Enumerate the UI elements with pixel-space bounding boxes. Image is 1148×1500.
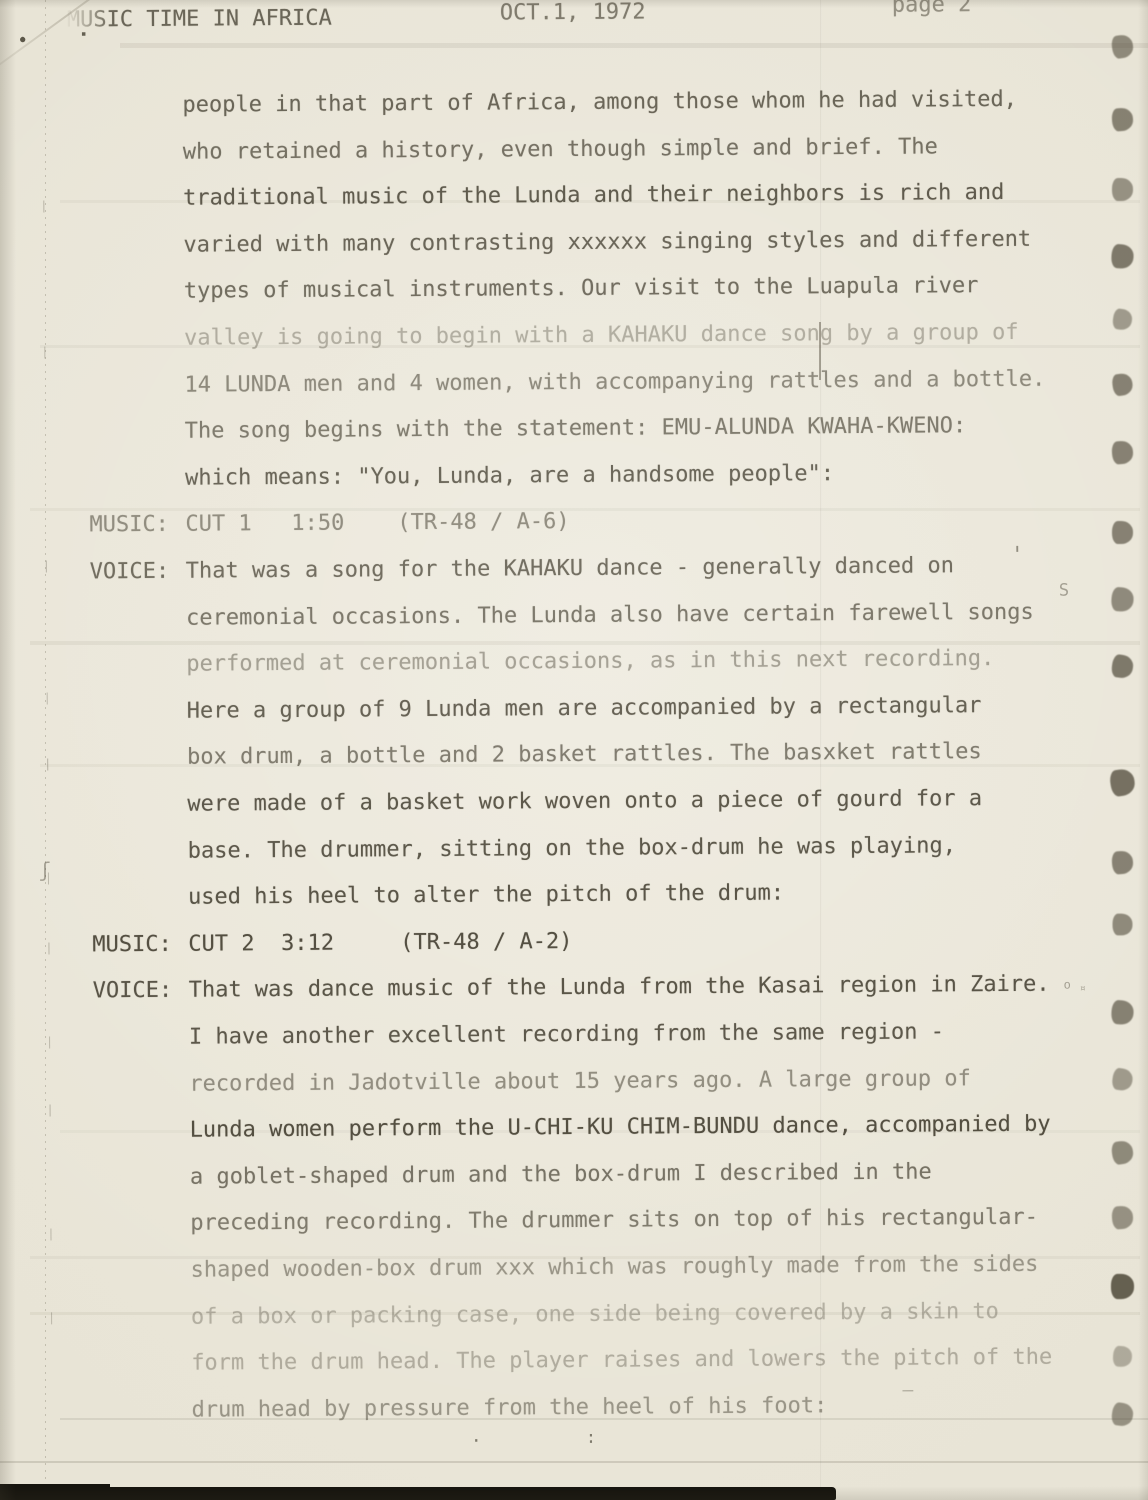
stray-mark: | xyxy=(48,1312,55,1324)
stray-mark: — xyxy=(902,1382,913,1400)
cue-line: VOICE:That was dance music of the Lunda … xyxy=(93,972,1050,1005)
script-line: ceremonial occasions. The Lunda also hav… xyxy=(90,599,1034,632)
script-line: varied with many contrasting xxxxxx sing… xyxy=(87,227,1031,260)
stray-mark: o xyxy=(1064,979,1071,991)
stray-mark: | xyxy=(47,1228,54,1240)
line-text: CUT 1 1:50 (TR-48 / A-6) xyxy=(185,509,569,537)
script-line: of a box or packing case, one side being… xyxy=(95,1299,999,1331)
line-text: That was a song for the KAHAKU dance - g… xyxy=(186,553,954,583)
line-text: types of musical instruments. Our visit … xyxy=(184,274,979,305)
bottom-scan-edge xyxy=(0,1487,836,1500)
cue-label: MUSIC: xyxy=(92,931,188,958)
script-line: 14 LUNDA men and 4 women, with accompany… xyxy=(88,366,1045,399)
line-text: form the drum head. The player raises an… xyxy=(191,1345,1052,1376)
script-line: The song begins with the statement: EMU-… xyxy=(89,413,967,445)
line-text: people in that part of Africa, among tho… xyxy=(182,87,1017,118)
cue-line: VOICE:That was a song for the KAHAKU dan… xyxy=(90,553,954,585)
cue-label xyxy=(88,391,184,392)
doc-date: OCT.1, 1972 xyxy=(500,0,646,25)
script-line: which means: "You, Lunda, are a handsome… xyxy=(89,461,834,492)
line-text: valley is going to begin with a KAHAKU d… xyxy=(184,320,1019,351)
cue-label xyxy=(94,1230,190,1231)
stray-mark: | xyxy=(40,200,47,212)
ink-smudge xyxy=(1112,178,1133,201)
stray-mark: | xyxy=(44,758,51,770)
line-text: ceremonial occasions. The Lunda also hav… xyxy=(186,599,1034,630)
cue-label xyxy=(93,1090,189,1091)
script-line: Lunda women perform the U-CHI-KU CHIM-BU… xyxy=(94,1112,1051,1145)
script-line: used his heel to alter the pitch of the … xyxy=(92,881,784,912)
stray-mark: ● xyxy=(20,36,25,45)
cue-label xyxy=(87,205,183,206)
script-line: shaped wooden-box drum xxx which was rou… xyxy=(95,1252,1039,1285)
line-text: 14 LUNDA men and 4 women, with accompany… xyxy=(184,366,1045,397)
ink-smudge xyxy=(1113,914,1133,936)
script-line: box drum, a bottle and 2 basket rattles.… xyxy=(91,740,982,772)
script-line: Here a group of 9 Lunda men are accompan… xyxy=(91,693,982,725)
line-text: preceding recording. The drummer sits on… xyxy=(190,1205,1038,1236)
line-text: used his heel to alter the pitch of the … xyxy=(188,881,784,910)
stray-mark: | xyxy=(41,346,48,358)
stray-mark: ▪ xyxy=(81,30,86,39)
cue-label xyxy=(93,1044,189,1045)
cue-label xyxy=(92,904,188,905)
script-line: valley is going to begin with a KAHAKU d… xyxy=(88,320,1019,352)
cue-label: MUSIC: xyxy=(89,512,185,539)
script-line: types of musical instruments. Our visit … xyxy=(88,274,979,306)
script-line: were made of a basket work woven onto a … xyxy=(91,786,982,818)
cue-line: MUSIC:CUT 2 3:12 (TR-48 / A-2) xyxy=(92,929,572,958)
line-text: performed at ceremonial occasions, as in… xyxy=(186,646,994,677)
script-line: drum head by pressure from the heel of h… xyxy=(96,1393,828,1424)
cue-label: VOICE: xyxy=(90,559,186,586)
script-line: performed at ceremonial occasions, as in… xyxy=(90,646,994,678)
cue-label xyxy=(95,1370,191,1371)
stray-mark: ¤ xyxy=(1080,984,1086,994)
cue-label xyxy=(94,1137,190,1138)
script-line: who retained a history, even though simp… xyxy=(87,134,938,166)
line-text: recorded in Jadotville about 15 years ag… xyxy=(189,1066,971,1096)
line-text: a goblet-shaped drum and the box-drum I … xyxy=(190,1159,932,1189)
line-text: drum head by pressure from the heel of h… xyxy=(192,1393,828,1422)
ink-smudge xyxy=(1111,1274,1134,1299)
stray-mark: · xyxy=(471,1433,482,1451)
line-text: The song begins with the statement: EMU-… xyxy=(185,413,967,443)
stray-mark: | xyxy=(46,1036,53,1048)
line-text: shaped wooden-box drum xxx which was rou… xyxy=(191,1252,1039,1283)
cue-label xyxy=(87,112,183,113)
cue-label xyxy=(95,1277,191,1278)
line-text: I have another excellent recording from … xyxy=(189,1019,944,1049)
cue-label xyxy=(90,624,186,625)
cue-label xyxy=(92,857,188,858)
stray-mark: S xyxy=(1059,583,1069,600)
script-line: traditional music of the Lunda and their… xyxy=(87,180,1004,212)
stray-mark: | xyxy=(45,872,52,884)
line-text: That was dance music of the Lunda from t… xyxy=(189,972,1050,1003)
line-text: of a box or packing case, one side being… xyxy=(191,1299,999,1330)
script-line: preceding recording. The drummer sits on… xyxy=(94,1205,1038,1238)
line-text: base. The drummer, sitting on the box-dr… xyxy=(188,833,956,863)
cue-label xyxy=(94,1183,190,1184)
line-text: CUT 2 3:12 (TR-48 / A-2) xyxy=(188,929,572,957)
bottom-scan-edge-corner xyxy=(0,1484,110,1500)
cue-label xyxy=(89,485,185,486)
page-content: MUSIC TIME IN AFRICA OCT.1, 1972 page 2 … xyxy=(0,0,1148,1500)
scanned-typescript-page: MUSIC TIME IN AFRICA OCT.1, 1972 page 2 … xyxy=(0,0,1148,1500)
script-line: recorded in Jadotville about 15 years ag… xyxy=(93,1066,971,1098)
script-line: base. The drummer, sitting on the box-dr… xyxy=(92,833,956,865)
page-number: page 2 xyxy=(892,0,972,18)
line-text: Lunda women perform the U-CHI-KU CHIM-BU… xyxy=(190,1112,1051,1143)
script-line: I have another excellent recording from … xyxy=(93,1019,944,1051)
cue-line: MUSIC:CUT 1 1:50 (TR-48 / A-6) xyxy=(89,509,569,538)
cue-label xyxy=(95,1323,191,1324)
script-line: people in that part of Africa, among tho… xyxy=(86,87,1017,119)
ink-smudge xyxy=(1112,521,1133,544)
cue-label xyxy=(90,671,186,672)
line-text: varied with many contrasting xxxxxx sing… xyxy=(183,227,1031,258)
line-text: were made of a basket work woven onto a … xyxy=(187,786,982,817)
stray-mark: ' xyxy=(1011,545,1024,567)
line-text: traditional music of the Lunda and their… xyxy=(183,180,1004,211)
cue-label xyxy=(87,158,183,159)
cue-label: VOICE: xyxy=(93,978,189,1005)
cue-label xyxy=(88,298,184,299)
line-text: box drum, a bottle and 2 basket rattles.… xyxy=(187,740,982,771)
cue-label xyxy=(88,252,184,253)
line-text: who retained a history, even though simp… xyxy=(183,134,938,164)
stray-mark: | xyxy=(45,942,52,954)
cue-label xyxy=(88,345,184,346)
stray-mark: | xyxy=(44,692,51,704)
cue-label xyxy=(89,438,185,439)
cue-label xyxy=(91,811,187,812)
script-line: a goblet-shaped drum and the box-drum I … xyxy=(94,1159,932,1191)
stray-mark: | xyxy=(46,1104,53,1116)
cue-label xyxy=(91,717,187,718)
cue-label xyxy=(96,1416,192,1417)
script-line: form the drum head. The player raises an… xyxy=(95,1345,1052,1378)
line-text: Here a group of 9 Lunda men are accompan… xyxy=(187,693,982,724)
stray-mark: | xyxy=(43,560,50,572)
line-text: which means: "You, Lunda, are a handsome… xyxy=(185,461,834,491)
doc-title: MUSIC TIME IN AFRICA xyxy=(67,6,332,33)
cue-label xyxy=(91,764,187,765)
stray-mark: : xyxy=(586,1430,596,1447)
